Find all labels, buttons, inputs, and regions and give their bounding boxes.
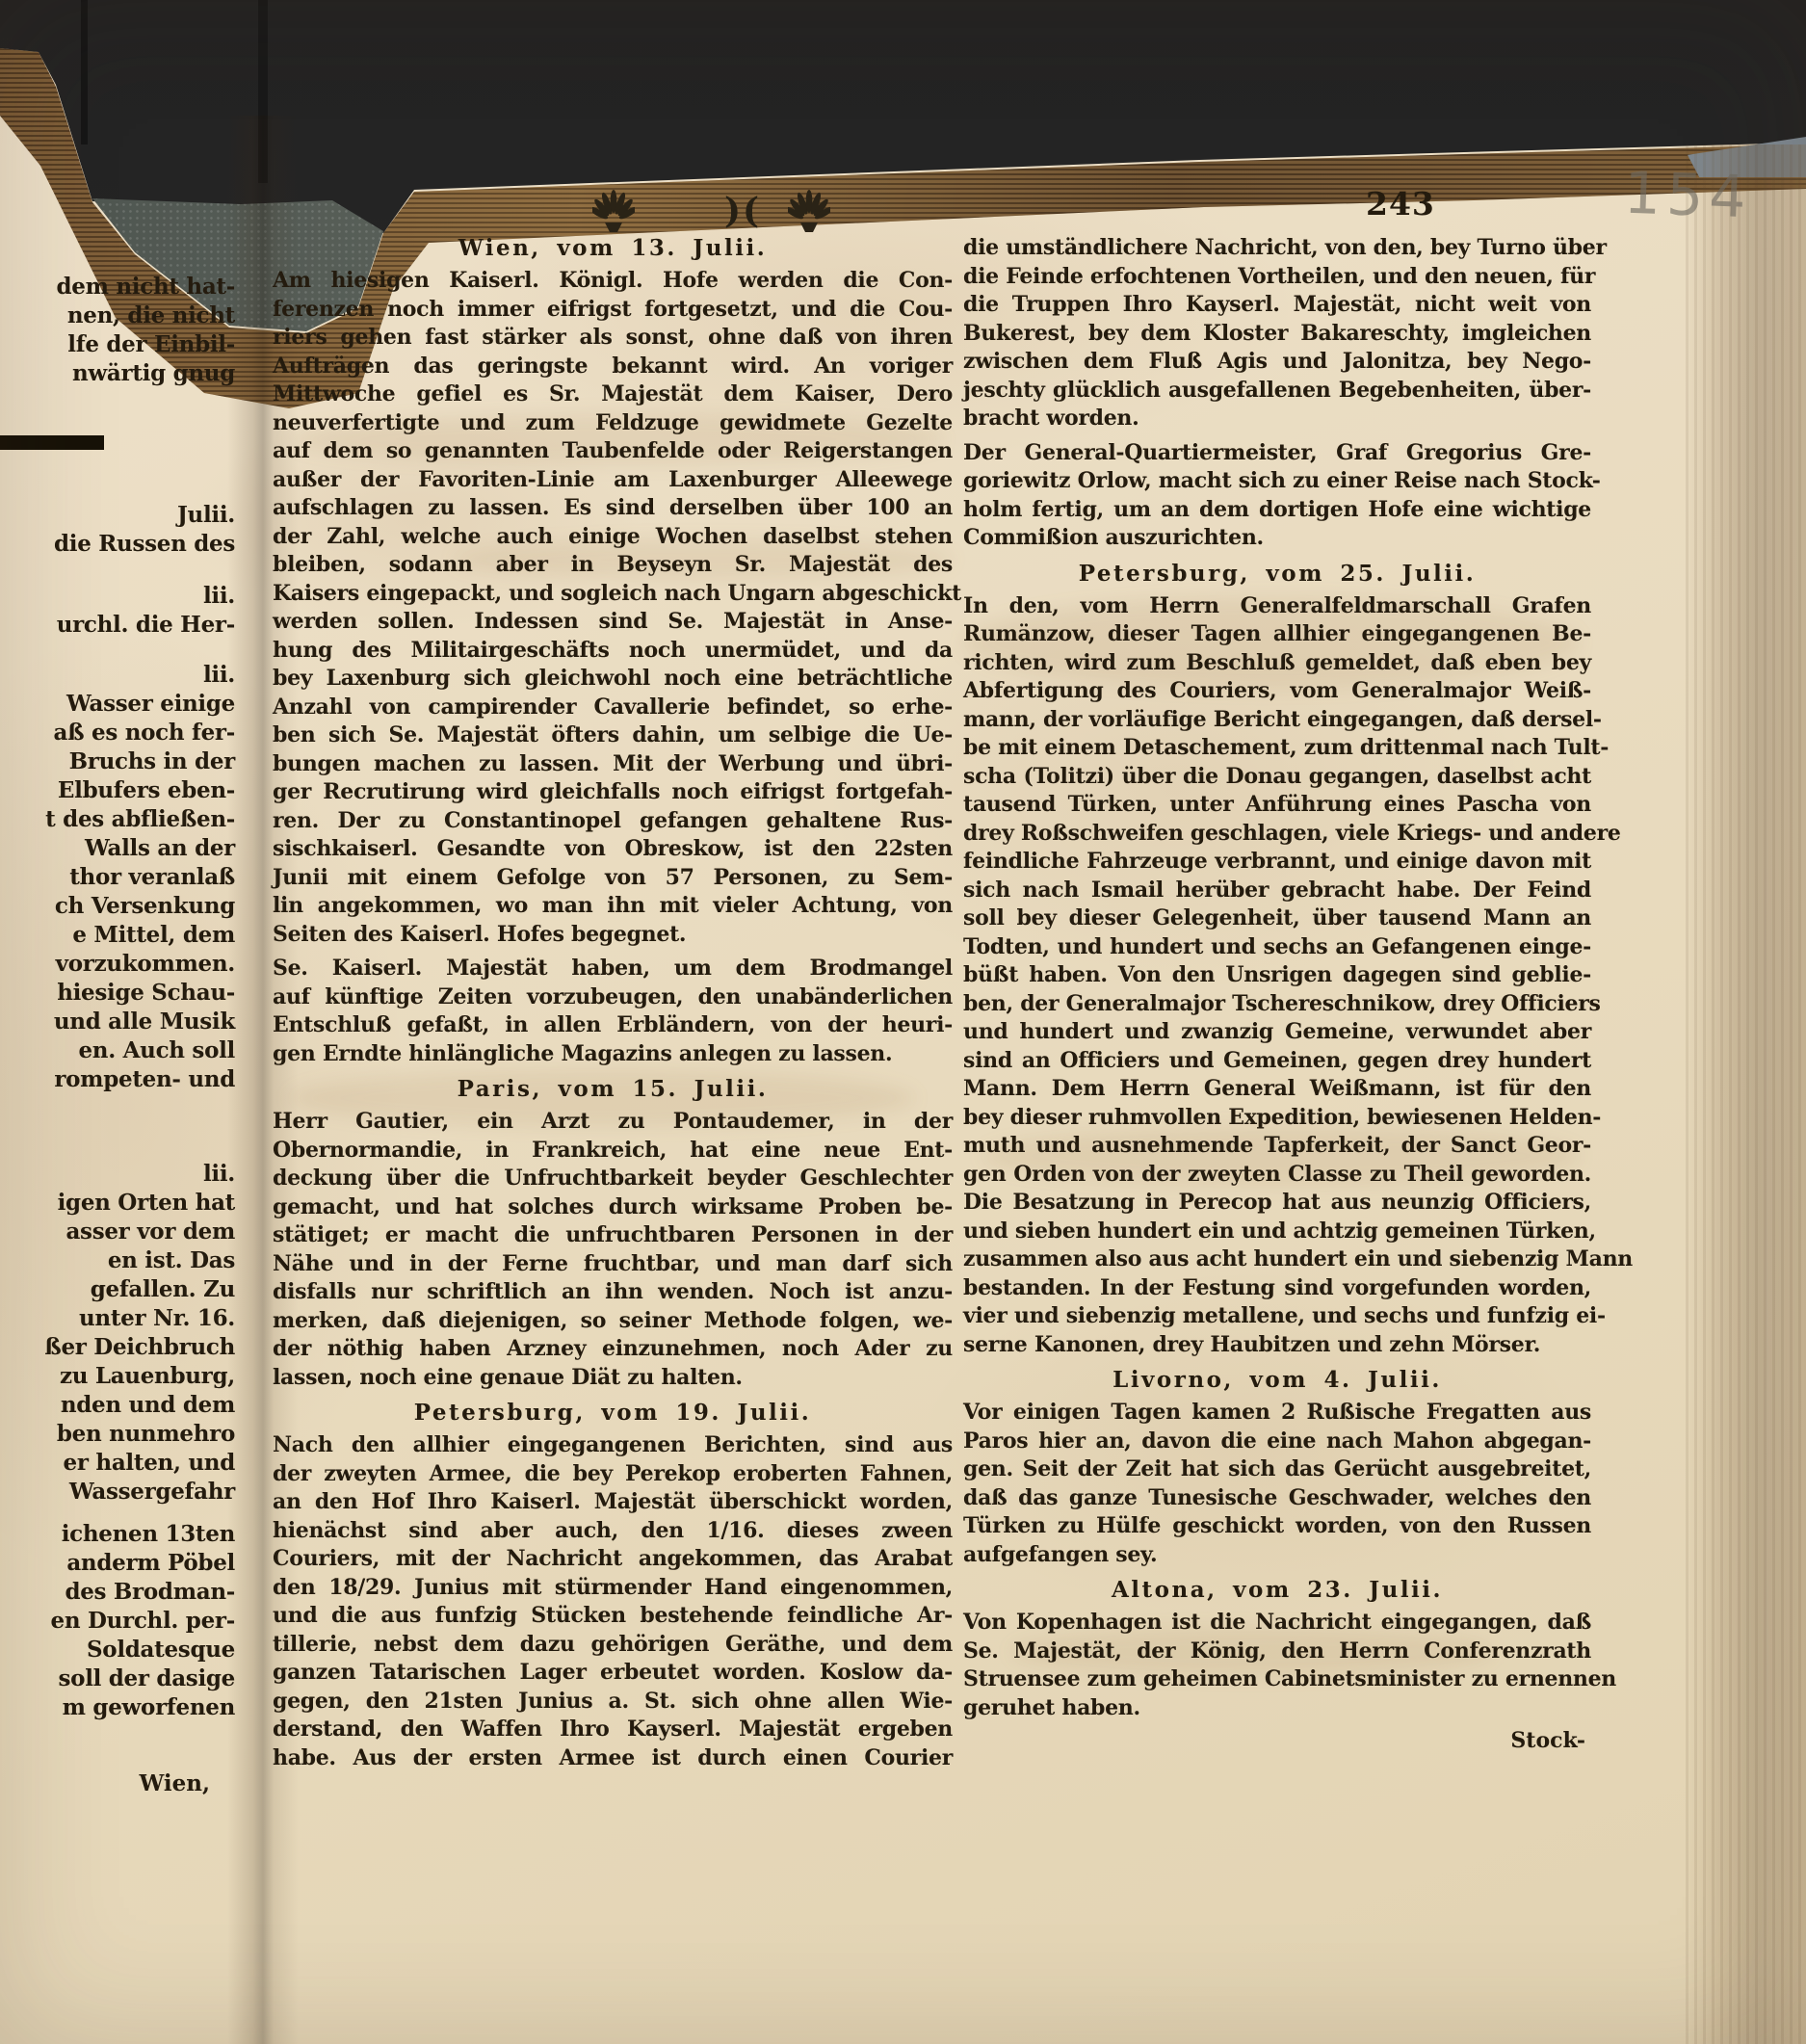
fragment-line: lii.	[0, 582, 243, 611]
fragment-line: en ist. Das	[0, 1246, 243, 1275]
fragment-line: ch Versenkung	[0, 892, 243, 921]
text-line: merken, daß diejenigen, so seiner Method…	[273, 1307, 953, 1336]
text-line: ren. Der zu Constantinopel gefangen geha…	[273, 807, 953, 836]
section-rule	[0, 435, 104, 450]
text-line: bracht worden.	[963, 405, 1591, 433]
text-line: zusammen also aus acht hundert ein und s…	[963, 1245, 1591, 1274]
catchword: Wien,	[0, 1770, 210, 1796]
text-line: derstand, den Waffen Ihro Kayserl. Majes…	[273, 1716, 953, 1744]
text-line: lin angekommen, wo man ihn mit vieler Ac…	[273, 892, 953, 921]
fragment-line: igen Orten hat	[0, 1189, 243, 1218]
text-line: gen Orden von der zweyten Classe zu Thei…	[963, 1161, 1591, 1190]
text-line: der nöthig haben Arzney einzunehmen, noc…	[273, 1335, 953, 1364]
dateline-heading: Livorno, vom 4. Julii.	[963, 1366, 1591, 1395]
text-line: sind an Officiers und Gemeinen, gegen dr…	[963, 1047, 1591, 1076]
fragment-line: unter Nr. 16.	[0, 1304, 243, 1333]
fragment-line: lii.	[0, 1160, 243, 1189]
text-line: sischkaiserl. Gesandte von Obreskow, ist…	[273, 835, 953, 864]
text-line: Seiten des Kaiserl. Hofes begegnet.	[273, 921, 953, 950]
text-line: Nähe und in der Ferne fruchtbar, und man…	[273, 1250, 953, 1279]
fragment-line: Bruchs in der	[0, 747, 243, 776]
fragment-line: gefallen. Zu	[0, 1275, 243, 1304]
text-line: Von Kopenhagen ist die Nachricht eingega…	[963, 1609, 1591, 1638]
text-line: Kaisers eingepackt, und sogleich nach Un…	[273, 580, 953, 609]
dateline-heading: Altona, vom 23. Julii.	[963, 1576, 1591, 1605]
text-line: sich nach Ismail herüber gebracht habe. …	[963, 877, 1591, 905]
text-line: Der General-Quartiermeister, Graf Gregor…	[963, 439, 1591, 468]
text-line: hienächst sind aber auch, den 1/16. dies…	[273, 1517, 953, 1546]
text-line: geruhet haben.	[963, 1694, 1591, 1723]
text-line: ger Recrutirung wird gleichfalls noch ei…	[273, 778, 953, 807]
scanned-book-page: )( 243 154 dem nicht hat-nen, die nichtl…	[0, 0, 1806, 2044]
text-line: tausend Türken, unter Anführung eines Pa…	[963, 791, 1591, 820]
text-line: Abfertigung des Couriers, vom Generalmaj…	[963, 677, 1591, 706]
fleuron-icon	[592, 189, 635, 239]
fleuron-icon	[788, 189, 830, 239]
text-line: tillerie, nebst dem dazu gehörigen Gerät…	[273, 1631, 953, 1660]
left-column: Wien, vom 13. Julii.Am hiesigen Kaiserl.…	[273, 234, 953, 1778]
text-line: bey dieser ruhmvollen Expedition, bewies…	[963, 1104, 1591, 1133]
text-line: ferenzen noch immer eifrigst fortgesetzt…	[273, 296, 953, 325]
paragraph: In den, vom Herrn Generalfeldmarschall G…	[963, 592, 1591, 1360]
text-line: den 18/29. Junius mit stürmender Hand ei…	[273, 1574, 953, 1603]
text-line: Türken zu Hülfe geschickt worden, von de…	[963, 1512, 1591, 1541]
text-line: gemacht, und hat solches durch wirksame …	[273, 1193, 953, 1222]
text-line: scha (Tolitzi) über die Donau gegangen, …	[963, 763, 1591, 792]
right-page-edge	[1686, 144, 1806, 2044]
fragment-line: Elbufers eben-	[0, 776, 243, 805]
text-line: und die aus funfzig Stücken bestehende f…	[273, 1602, 953, 1631]
text-line: außer der Favoriten-Linie am Laxenburger…	[273, 466, 953, 495]
text-line: jeschty glücklich ausgefallenen Begebenh…	[963, 377, 1591, 406]
text-line: Anzahl von campirender Cavallerie befind…	[273, 694, 953, 722]
fragment-line: Walls an der	[0, 834, 243, 863]
fragment-line: vorzukommen.	[0, 950, 243, 979]
dateline-heading: Petersburg, vom 25. Julii.	[963, 560, 1591, 589]
fragment-group: lii.igen Orten hatasser vor demen ist. D…	[0, 1160, 243, 1507]
fragment-group: dem nicht hat-nen, die nichtlfe der Einb…	[0, 273, 243, 388]
text-line: Se. Kaiserl. Majestät haben, um dem Brod…	[273, 955, 953, 983]
text-line: Rumänzow, dieser Tagen allhier eingegang…	[963, 620, 1591, 649]
text-line: In den, vom Herrn Generalfeldmarschall G…	[963, 592, 1591, 621]
text-line: mann, der vorläufige Bericht eingegangen…	[963, 706, 1591, 735]
text-line: hung des Militairgeschäfts noch unermüde…	[273, 637, 953, 666]
text-line: riers gehen fast stärker als sonst, ohne…	[273, 324, 953, 353]
fragment-line: zu Lauenburg,	[0, 1362, 243, 1391]
text-line: die Truppen Ihro Kayserl. Majestät, nich…	[963, 291, 1591, 320]
fragment-line: aß es noch fer-	[0, 719, 243, 747]
fragment-line: des Brodman-	[0, 1578, 243, 1607]
text-line: Se. Majestät, der König, den Herrn Confe…	[963, 1638, 1591, 1666]
paragraph: Herr Gautier, ein Arzt zu Pontaudemer, i…	[273, 1108, 953, 1392]
fragment-line: asser vor dem	[0, 1218, 243, 1246]
handwritten-folio-number: 154	[1623, 160, 1753, 232]
text-line: Mann. Dem Herrn General Weißmann, ist fü…	[963, 1075, 1591, 1104]
text-line: Paros hier an, davon die eine nach Mahon…	[963, 1428, 1591, 1456]
paragraph: Se. Kaiserl. Majestät haben, um dem Brod…	[273, 955, 953, 1068]
text-line: Struensee zum geheimen Cabinetsminister …	[963, 1665, 1591, 1694]
text-line: habe. Aus der ersten Armee ist durch ein…	[273, 1744, 953, 1773]
text-line: und hundert und zwanzig Gemeine, verwund…	[963, 1018, 1591, 1047]
paragraph: Von Kopenhagen ist die Nachricht eingega…	[963, 1609, 1591, 1722]
dateline-heading: Petersburg, vom 19. Julii.	[273, 1399, 953, 1428]
paragraph: Nach den allhier eingegangenen Berichten…	[273, 1431, 953, 1772]
paragraph: die umständlichere Nachricht, von den, b…	[963, 234, 1591, 433]
text-line: soll bey dieser Gelegenheit, über tausen…	[963, 904, 1591, 933]
fragment-group: ichenen 13tenanderm Pöbeldes Brodman-en …	[0, 1520, 243, 1722]
text-line: richten, wird zum Beschluß gemeldet, daß…	[963, 649, 1591, 678]
dateline-heading: Paris, vom 15. Julii.	[273, 1075, 953, 1104]
text-line: lassen, noch eine genaue Diät zu halten.	[273, 1364, 953, 1393]
text-line: bungen machen zu lassen. Mit der Werbung…	[273, 750, 953, 779]
fragment-line: m geworfenen	[0, 1693, 243, 1722]
text-line: gen Erndte hinlängliche Magazins anlegen…	[273, 1040, 953, 1069]
fragment-line: rompeten- und	[0, 1065, 243, 1094]
text-line: serne Kanonen, drey Haubitzen und zehn M…	[963, 1331, 1591, 1360]
fragment-group: lii.Wasser einigeaß es noch fer-Bruchs i…	[0, 661, 243, 1094]
text-line: Couriers, mit der Nachricht angekommen, …	[273, 1545, 953, 1574]
text-line: auf künftige Zeiten vorzubeugen, den una…	[273, 983, 953, 1012]
fragment-line: urchl. die Her-	[0, 611, 243, 640]
text-line: Am hiesigen Kaiserl. Königl. Hofe werden…	[273, 267, 953, 296]
text-line: gen. Seit der Zeit hat sich das Gerücht …	[963, 1455, 1591, 1484]
text-line: ganzen Tatarischen Lager erbeutet worden…	[273, 1659, 953, 1688]
header-pagination-mark: )(	[709, 189, 776, 233]
text-line: disfalls nur schriftlich an ihn wenden. …	[273, 1278, 953, 1307]
text-line: Entschluß gefaßt, in allen Erbländern, v…	[273, 1011, 953, 1040]
fragment-line: t des abfließen-	[0, 805, 243, 834]
fragment-line: Wassergefahr	[0, 1478, 243, 1507]
fragment-line: nden und dem	[0, 1391, 243, 1420]
text-line: zwischen dem Fluß Agis und Jalonitza, be…	[963, 348, 1591, 377]
text-line: bleiben, sodann aber in Beyseyn Sr. Maje…	[273, 551, 953, 580]
text-line: ben sich Se. Majestät öfters dahin, um s…	[273, 721, 953, 750]
text-line: Mittwoche gefiel es Sr. Majestät dem Kai…	[273, 380, 953, 409]
fragment-line: ichenen 13ten	[0, 1520, 243, 1549]
text-line: deckung über die Unfruchtbarkeit beyder …	[273, 1165, 953, 1193]
text-line: neuverfertigte und zum Feldzuge gewidmet…	[273, 409, 953, 438]
text-line: der Zahl, welche auch einige Wochen dase…	[273, 523, 953, 552]
page-number: 243	[1366, 185, 1435, 223]
text-line: und sieben hundert ein und achtzig gemei…	[963, 1218, 1591, 1246]
text-line: Junii mit einem Gefolge von 57 Personen,…	[273, 864, 953, 893]
fragment-line: und alle Musik	[0, 1008, 243, 1036]
fragment-line: Wasser einige	[0, 690, 243, 719]
text-line: Die Besatzung in Perecop hat aus neunzig…	[963, 1189, 1591, 1218]
fragment-line: dem nicht hat-	[0, 273, 243, 301]
fragment-line: er halten, und	[0, 1449, 243, 1478]
text-line: bey Laxenburg sich gleichwohl noch eine …	[273, 665, 953, 694]
paragraph: Der General-Quartiermeister, Graf Gregor…	[963, 439, 1591, 553]
text-line: be mit einem Detaschement, zum drittenma…	[963, 734, 1591, 763]
text-line: Herr Gautier, ein Arzt zu Pontaudemer, i…	[273, 1108, 953, 1137]
fragment-line: nwärtig gnug	[0, 359, 243, 388]
text-line: werden sollen. Indessen sind Se. Majestä…	[273, 608, 953, 637]
fragment-line: ben nunmehro	[0, 1420, 243, 1449]
fragment-line: e Mittel, dem	[0, 921, 243, 950]
fragment-line: lfe der Einbil-	[0, 330, 243, 359]
fragment-line: hiesige Schau-	[0, 979, 243, 1008]
text-line: feindliche Fahrzeuge verbrannt, und eini…	[963, 848, 1591, 877]
text-line: die umständlichere Nachricht, von den, b…	[963, 234, 1591, 263]
fragment-line: nen, die nicht	[0, 301, 243, 330]
text-line: stätiget; er macht die unfruchtbaren Per…	[273, 1221, 953, 1250]
text-line: muth und ausnehmende Tapferkeit, der San…	[963, 1132, 1591, 1161]
fragment-line: soll der dasige	[0, 1664, 243, 1693]
text-line: holm fertig, um an dem dortigen Hofe ein…	[963, 496, 1591, 525]
text-line: Todten, und hundert und sechs an Gefange…	[963, 933, 1591, 962]
text-line: an den Hof Ihro Kaiserl. Majestät übersc…	[273, 1488, 953, 1517]
text-line: aufgefangen sey.	[963, 1541, 1591, 1570]
text-line: Nach den allhier eingegangenen Berichten…	[273, 1431, 953, 1460]
fragment-line: Soldatesque	[0, 1636, 243, 1664]
text-line: vier und siebenzig metallene, und sechs …	[963, 1302, 1591, 1331]
text-line: Aufträgen das geringste bekannt wird. An…	[273, 353, 953, 381]
fragment-line: en. Auch soll	[0, 1036, 243, 1065]
fragment-group: Julii.die Russen des	[0, 501, 243, 559]
text-line: aufschlagen zu lassen. Es sind derselben…	[273, 494, 953, 523]
text-line: Commißion auszurichten.	[963, 524, 1591, 553]
fragment-group: lii.urchl. die Her-	[0, 582, 243, 640]
fragment-line: thor veranlaß	[0, 863, 243, 892]
fragment-line: anderm Pöbel	[0, 1549, 243, 1578]
text-line: Obernormandie, in Frankreich, hat eine n…	[273, 1137, 953, 1166]
dateline-heading: Wien, vom 13. Julii.	[273, 234, 953, 263]
text-line: goriewitz Orlow, macht sich zu einer Rei…	[963, 467, 1591, 496]
text-line: büßt haben. Von den Unsrigen dagegen sin…	[963, 961, 1591, 990]
paragraph: Vor einigen Tagen kamen 2 Rußische Frega…	[963, 1399, 1591, 1569]
text-line: die Feinde erfochtenen Vortheilen, und d…	[963, 263, 1591, 292]
text-line: der zweyten Armee, die bey Perekop erobe…	[273, 1460, 953, 1489]
right-column: die umständlichere Nachricht, von den, b…	[963, 234, 1591, 1753]
text-line: drey Roßschweifen geschlagen, viele Krie…	[963, 820, 1591, 849]
fragment-line: Julii.	[0, 501, 243, 530]
text-line: gegen, den 21sten Junius a. St. sich ohn…	[273, 1688, 953, 1716]
fragment-line: ßer Deichbruch	[0, 1333, 243, 1362]
fragment-line: die Russen des	[0, 530, 243, 559]
catchword: Stock-	[963, 1728, 1591, 1753]
paragraph: Am hiesigen Kaiserl. Königl. Hofe werden…	[273, 267, 953, 949]
fragment-line: lii.	[0, 661, 243, 690]
previous-page-fragment: dem nicht hat-nen, die nichtlfe der Einb…	[0, 0, 243, 2044]
text-line: bestanden. In der Festung sind vorgefund…	[963, 1274, 1591, 1303]
text-line: Vor einigen Tagen kamen 2 Rußische Frega…	[963, 1399, 1591, 1428]
fragment-line: en Durchl. per-	[0, 1607, 243, 1636]
text-line: Bukerest, bey dem Kloster Bakareschty, i…	[963, 320, 1591, 349]
text-line: daß das ganze Tunesische Geschwader, wel…	[963, 1484, 1591, 1513]
text-line: auf dem so genannten Taubenfelde oder Re…	[273, 437, 953, 466]
text-line: ben, der Generalmajor Tschereschnikow, d…	[963, 990, 1591, 1019]
